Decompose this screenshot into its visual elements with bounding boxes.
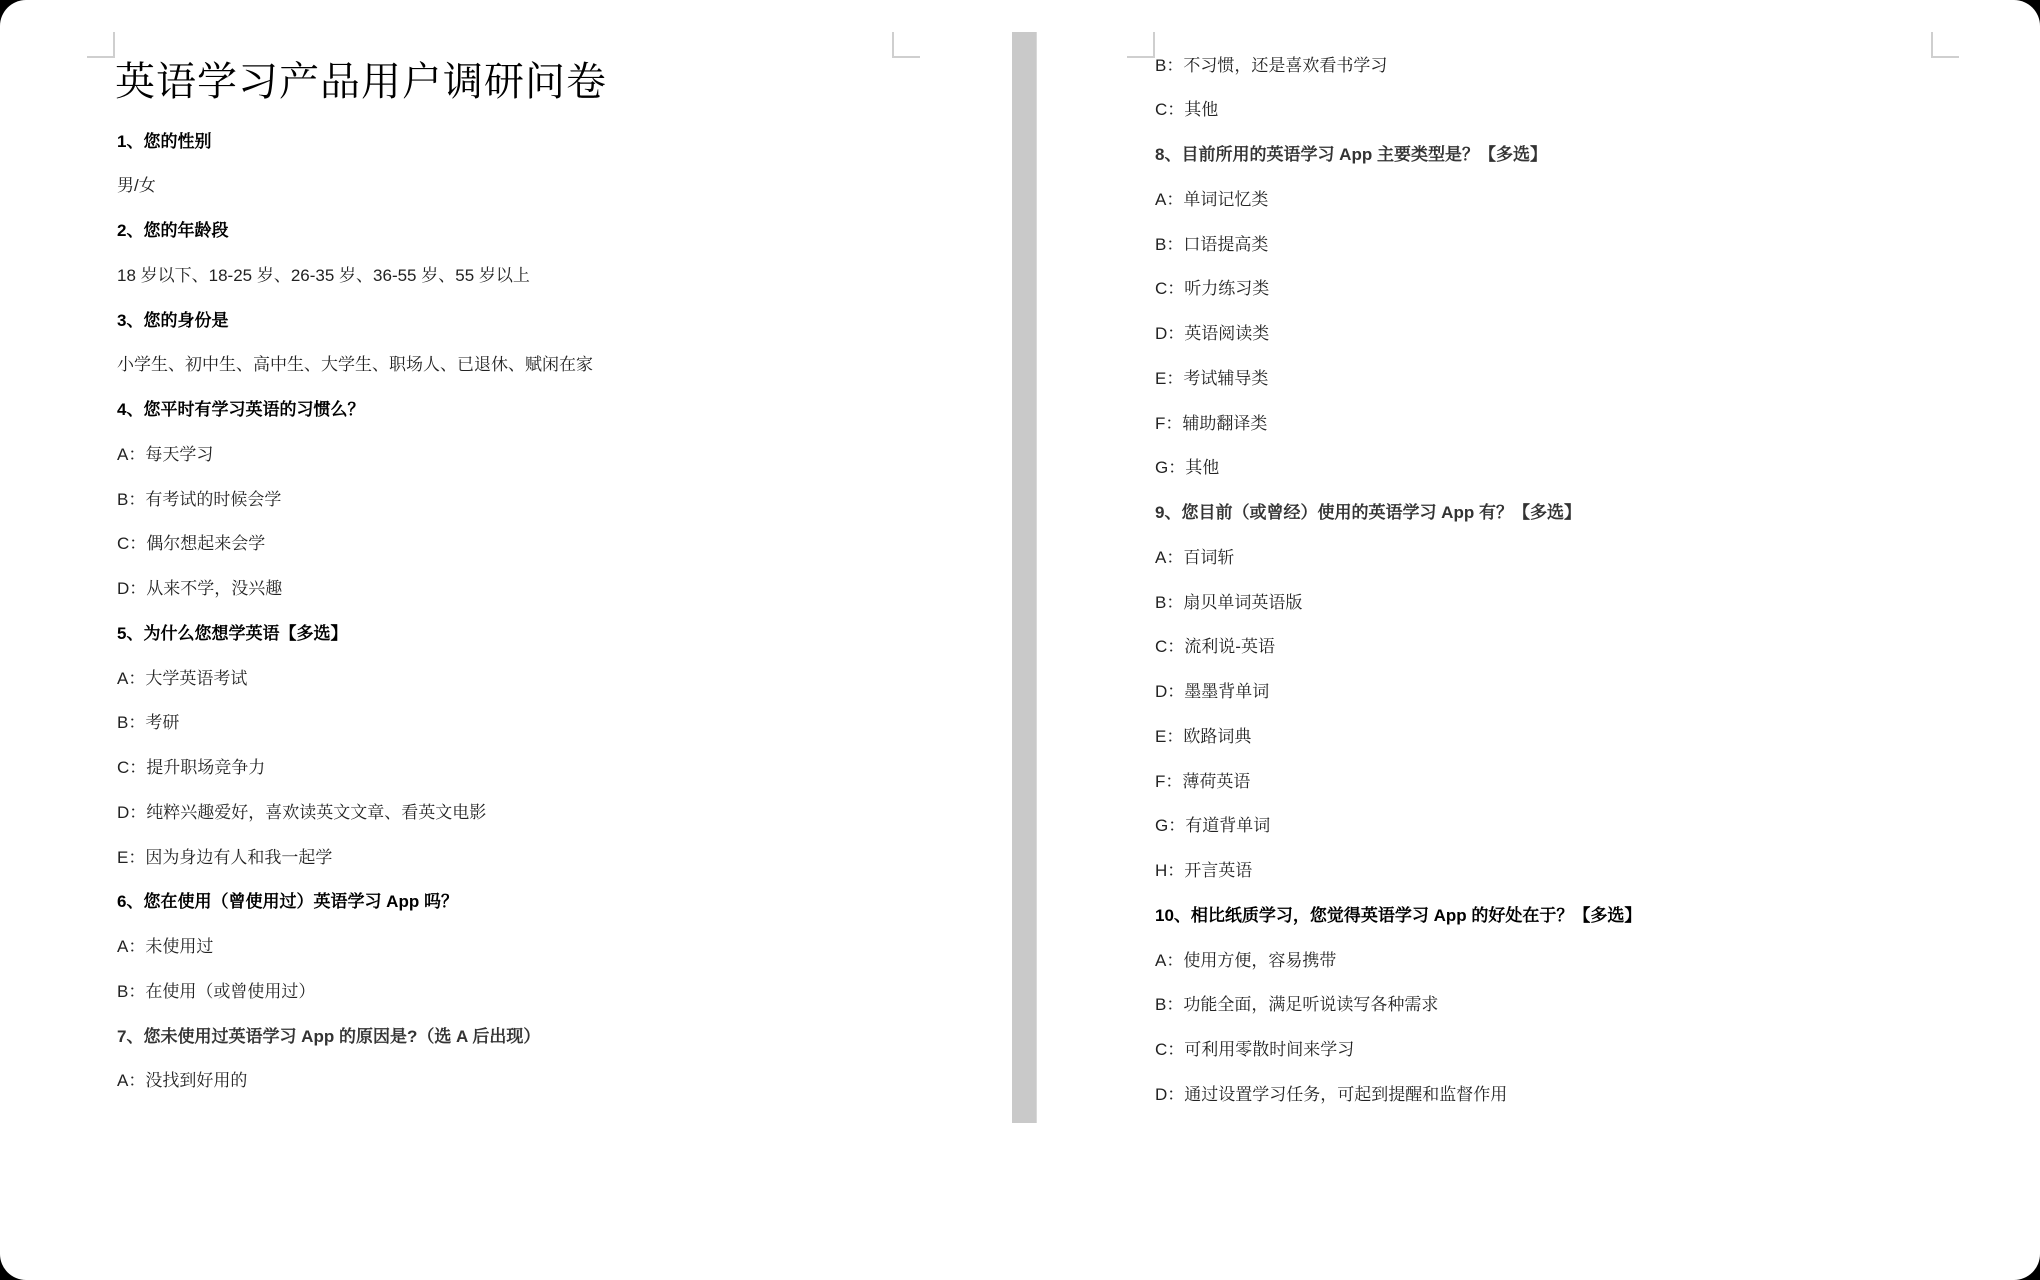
question-heading: 3、您的身份是 bbox=[117, 299, 593, 344]
answer-option: F：薄荷英语 bbox=[1155, 760, 1641, 805]
answer-option: G：其他 bbox=[1155, 446, 1641, 491]
answer-option: C：其他 bbox=[1155, 88, 1641, 133]
answer-text: 小学生、初中生、高中生、大学生、职场人、已退休、赋闲在家 bbox=[117, 343, 593, 388]
answer-option: C：听力练习类 bbox=[1155, 267, 1641, 312]
answer-option: A：大学英语考试 bbox=[117, 657, 593, 702]
answer-option: B：扇贝单词英语版 bbox=[1155, 581, 1641, 626]
answer-option: B：功能全面，满足听说读写各种需求 bbox=[1155, 983, 1641, 1028]
page-divider-bar bbox=[1012, 32, 1037, 1123]
left-page-content: 1、您的性别男/女2、您的年龄段18 岁以下、18-25 岁、26-35 岁、3… bbox=[117, 120, 593, 1105]
question-heading: 7、您未使用过英语学习 App 的原因是?（选 A 后出现） bbox=[117, 1015, 593, 1060]
answer-option: D：从来不学，没兴趣 bbox=[117, 567, 593, 612]
answer-option: D：墨墨背单词 bbox=[1155, 670, 1641, 715]
answer-option: E：欧路词典 bbox=[1155, 715, 1641, 760]
answer-option: D：英语阅读类 bbox=[1155, 312, 1641, 357]
left-page-top-right-corner-mark bbox=[892, 32, 920, 58]
answer-option: B：不习惯，还是喜欢看书学习 bbox=[1155, 44, 1641, 89]
answer-text: 男/女 bbox=[117, 164, 593, 209]
answer-option: C：流利说-英语 bbox=[1155, 625, 1641, 670]
question-heading: 8、目前所用的英语学习 App 主要类型是？【多选】 bbox=[1155, 133, 1641, 178]
answer-option: C：可利用零散时间来学习 bbox=[1155, 1028, 1641, 1073]
answer-option: E：考试辅导类 bbox=[1155, 357, 1641, 402]
answer-option: D：通过设置学习任务，可起到提醒和监督作用 bbox=[1155, 1073, 1641, 1118]
answer-option: C：偶尔想起来会学 bbox=[117, 522, 593, 567]
question-heading: 2、您的年龄段 bbox=[117, 209, 593, 254]
answer-option: G：有道背单词 bbox=[1155, 804, 1641, 849]
answer-option: B：考研 bbox=[117, 701, 593, 746]
answer-option: B：有考试的时候会学 bbox=[117, 478, 593, 523]
question-heading: 1、您的性别 bbox=[117, 120, 593, 165]
page-title: 英语学习产品用户调研问卷 bbox=[115, 56, 607, 108]
answer-option: A：百词斩 bbox=[1155, 536, 1641, 581]
answer-option: H：开言英语 bbox=[1155, 849, 1641, 894]
answer-option: B：在使用（或曾使用过） bbox=[117, 970, 593, 1015]
document-viewer: 英语学习产品用户调研问卷 1、您的性别男/女2、您的年龄段18 岁以下、18-2… bbox=[0, 0, 2040, 1280]
question-heading: 10、相比纸质学习，您觉得英语学习 App 的好处在于？【多选】 bbox=[1155, 894, 1641, 939]
answer-text: 18 岁以下、18-25 岁、26-35 岁、36-55 岁、55 岁以上 bbox=[117, 254, 593, 299]
right-page-top-left-corner-mark bbox=[1127, 32, 1155, 58]
answer-option: A：使用方便，容易携带 bbox=[1155, 939, 1641, 984]
right-page-top-right-corner-mark bbox=[1931, 32, 1959, 58]
question-heading: 6、您在使用（曾使用过）英语学习 App 吗？ bbox=[117, 880, 593, 925]
question-heading: 4、您平时有学习英语的习惯么？ bbox=[117, 388, 593, 433]
question-heading: 9、您目前（或曾经）使用的英语学习 App 有？【多选】 bbox=[1155, 491, 1641, 536]
right-page-content: B：不习惯，还是喜欢看书学习C：其他8、目前所用的英语学习 App 主要类型是？… bbox=[1155, 44, 1641, 1118]
answer-option: A：没找到好用的 bbox=[117, 1059, 593, 1104]
answer-option: D：纯粹兴趣爱好，喜欢读英文文章、看英文电影 bbox=[117, 791, 593, 836]
question-heading: 5、为什么您想学英语【多选】 bbox=[117, 612, 593, 657]
answer-option: B：口语提高类 bbox=[1155, 223, 1641, 268]
answer-option: F：辅助翻译类 bbox=[1155, 402, 1641, 447]
answer-option: A：每天学习 bbox=[117, 433, 593, 478]
answer-option: A：未使用过 bbox=[117, 925, 593, 970]
answer-option: C：提升职场竞争力 bbox=[117, 746, 593, 791]
answer-option: A：单词记忆类 bbox=[1155, 178, 1641, 223]
answer-option: E：因为身边有人和我一起学 bbox=[117, 836, 593, 881]
left-page-top-left-corner-mark bbox=[87, 32, 115, 58]
